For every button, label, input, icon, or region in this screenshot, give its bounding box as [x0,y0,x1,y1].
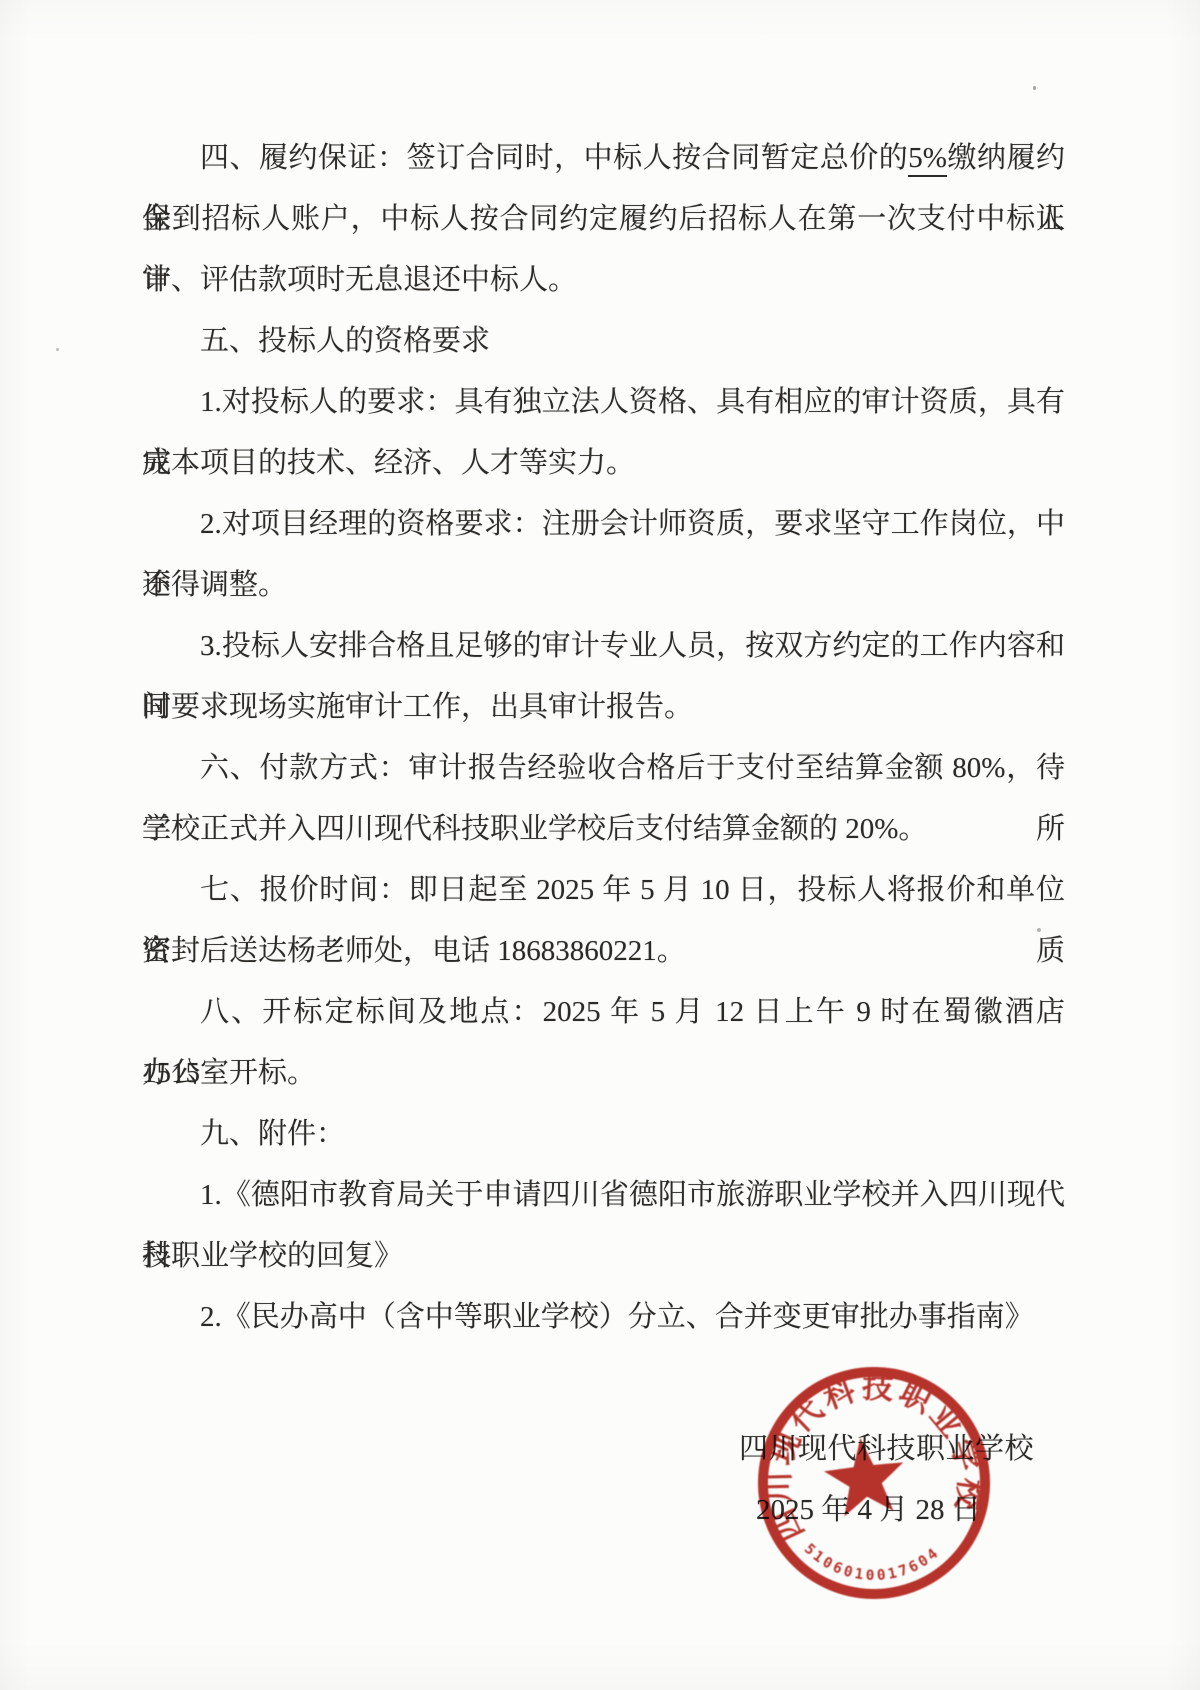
paragraph-line: 四、履约保证：签订合同时，中标人按合同暂定总价的5%缴纳履约保证 [142,128,1065,189]
scan-speck [1033,86,1036,90]
section-heading: 五、投标人的资格要求 [142,311,1065,372]
paragraph-line: 1.《德阳市教育局关于申请四川省德阳市旅游职业学校并入四川现代科 [142,1165,1065,1226]
paragraph-line: 学校正式并入四川现代科技职业学校后支付结算金额的 20%。 [142,799,1065,860]
paragraph-line: 2.对项目经理的资格要求：注册会计师资质，要求坚守工作岗位，中途 [142,494,1065,555]
paragraph-line: 3.投标人安排合格且足够的审计专业人员，按双方约定的工作内容和时 [142,616,1065,677]
seal-ring-text: 四川现代科技职业学校 [759,1367,992,1552]
paragraph-line: 计、评估款项时无息退还中标人。 [142,250,1065,311]
scan-speck [1037,928,1041,932]
document-body: 四、履约保证：签订合同时，中标人按合同暂定总价的5%缴纳履约保证 金到招标人账户… [142,128,1065,1348]
section-heading: 九、附件： [142,1104,1065,1165]
seal-star-icon [821,1434,909,1519]
document-page: 四、履约保证：签订合同时，中标人按合同暂定总价的5%缴纳履约保证 金到招标人账户… [0,0,1200,1690]
underlined-text: 5% [908,142,947,177]
paragraph-line: 间要求现场实施审计工作，出具审计报告。 [142,677,1065,738]
paragraph-line: 八、开标定标间及地点：2025 年 5 月 12 日上午 9 时在蜀徽酒店 15… [142,982,1065,1043]
paragraph-line: 六、付款方式：审计报告经验收合格后于支付至结算金额 80%，待三所 [142,738,1065,799]
paragraph-line: 技职业学校的回复》 [142,1226,1065,1287]
paragraph-line: 2.《民办高中（含中等职业学校）分立、合并变更审批办事指南》 [142,1287,1065,1348]
scan-speck [56,348,59,351]
paragraph-line: 七、报价时间：即日起至 2025 年 5 月 10 日，投标人将报价和单位资质 [142,860,1065,921]
paragraph-line: 成本项目的技术、经济、人才等实力。 [142,433,1065,494]
paragraph-line: 1.对投标人的要求：具有独立法人资格、具有相应的审计资质，具有完 [142,372,1065,433]
line-text: 四、履约保证：签订合同时，中标人按合同暂定总价的 [200,142,908,174]
paragraph-line: 金到招标人账户，中标人按合同约定履约后招标人在第一次支付中标人审 [142,189,1065,250]
official-seal-stamp: 四川现代科技职业学校 5106010017604 [743,1352,1006,1615]
paragraph-line: 不得调整。 [142,555,1065,616]
paragraph-line: 办公室开标。 [142,1043,1065,1104]
